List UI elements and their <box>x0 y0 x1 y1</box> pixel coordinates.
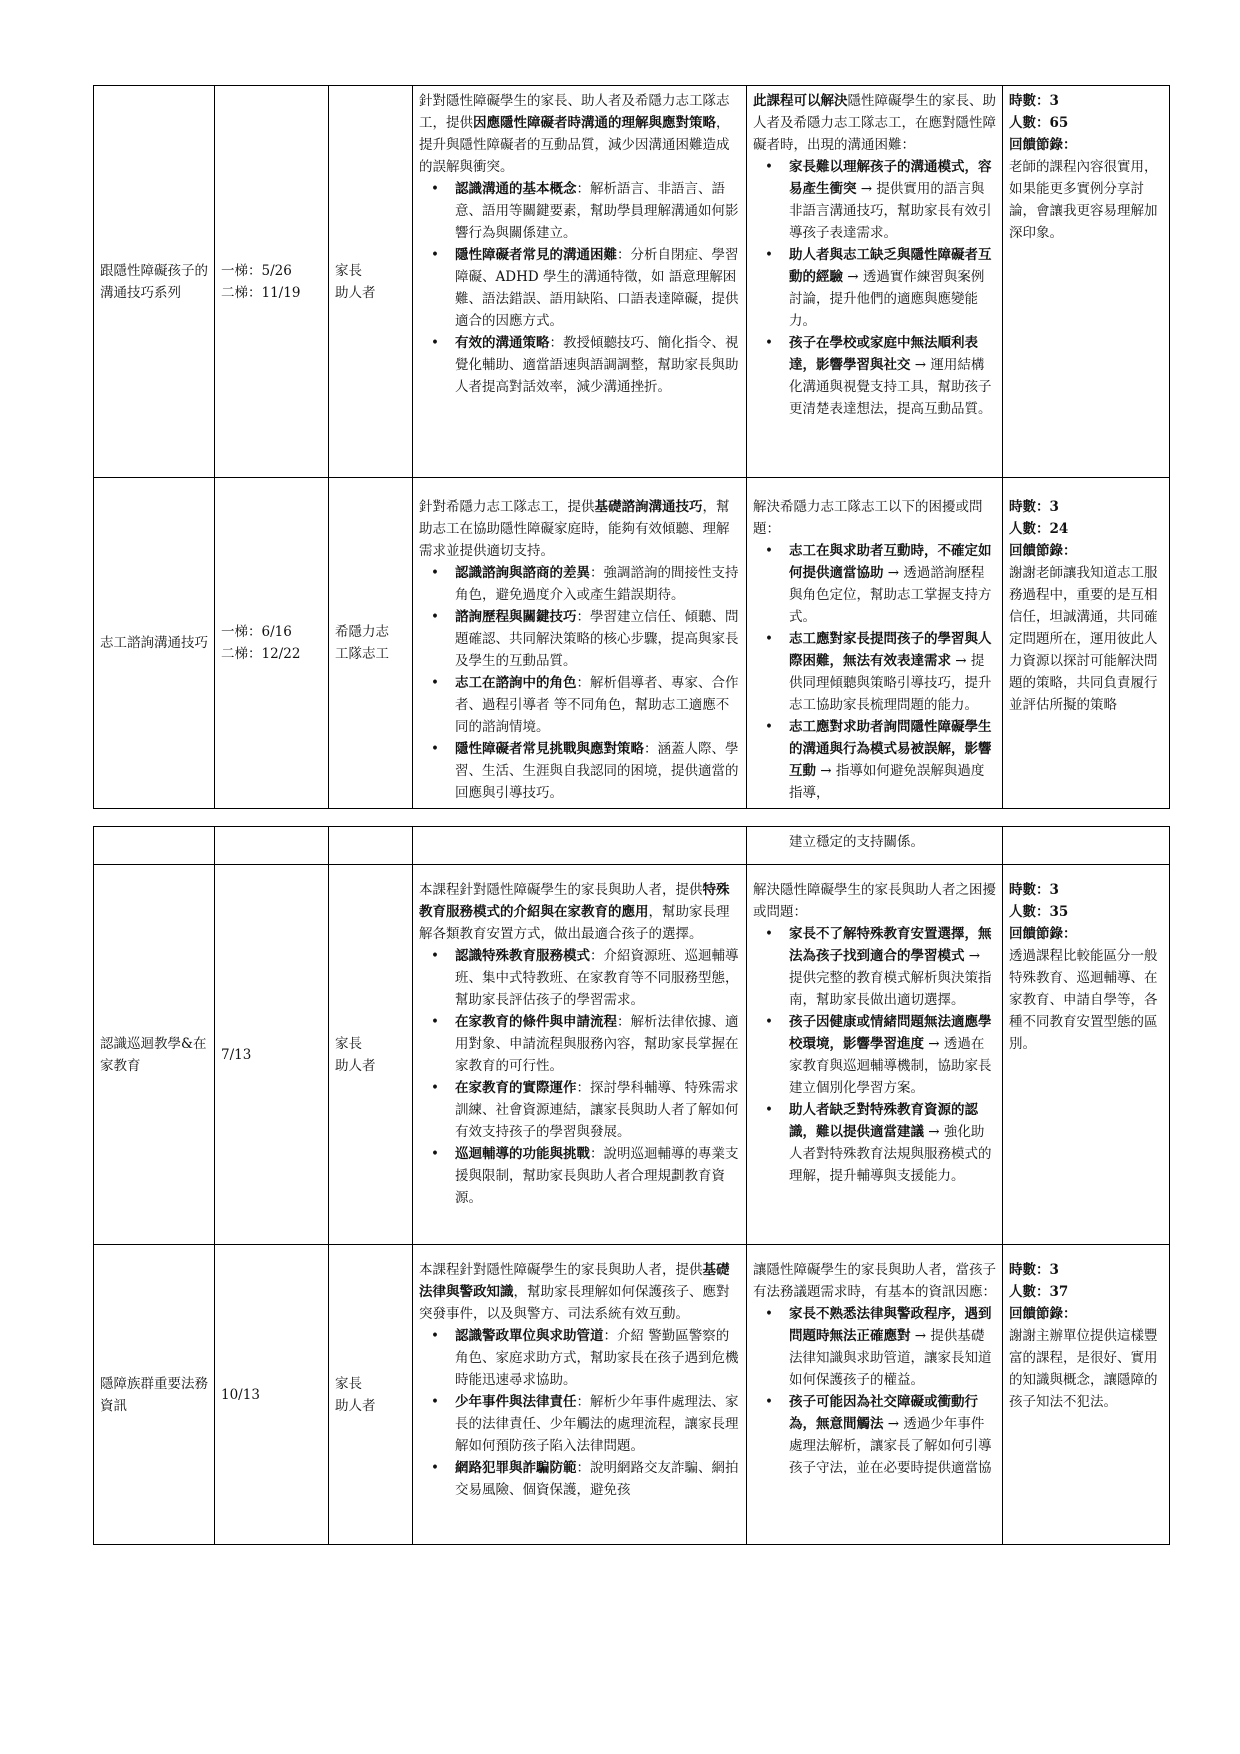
content-intro: 針對希隱力志工隊志工，提供基礎諮詢溝通技巧，幫助志工在協助隱性障礙家庭時，能夠有… <box>419 496 740 562</box>
audience-cell: 家長 助人者 <box>329 1245 413 1545</box>
hours-stat: 時數：3 <box>1009 1259 1163 1281</box>
feedback-text: 透過課程比較能區分一般特殊教育、巡迴輔導、在家教育、申請自學等，各種不同教育安置… <box>1009 945 1163 1055</box>
audience-line: 家長 <box>335 1373 406 1395</box>
solves-intro: 解決希隱力志工隊志工以下的困擾或問題： <box>753 496 996 540</box>
item-heading: 在家教育的實際運作 <box>455 1080 577 1096</box>
intro-highlight: 因應隱性障礙者時溝通的理解與應對策略 <box>473 115 716 131</box>
audience-cell: 家長 助人者 <box>329 865 413 1245</box>
item-heading: 有效的溝通策略 <box>455 335 550 351</box>
content-cell: 針對希隱力志工隊志工，提供基礎諮詢溝通技巧，幫助志工在協助隱性障礙家庭時，能夠有… <box>413 478 747 809</box>
feedback-label: 回饋節錄： <box>1009 540 1163 562</box>
list-item: 隱性障礙者常見挑戰與應對策略：涵蓋人際、學習、生活、生涯與自我認同的困境，提供適… <box>455 738 740 804</box>
list-item: 在家教育的實際運作：探討學科輔導、特殊需求訓練、社會資源連結，讓家長與助人者了解… <box>455 1077 740 1143</box>
course-title: 跟隱性障礙孩子的溝通技巧系列 <box>100 263 208 301</box>
audience-cell: 希隱力志 工隊志工 <box>329 478 413 809</box>
course-title-cell: 隱障族群重要法務資訊 <box>94 1245 215 1545</box>
stats-cell: 時數：3 人數：35 回饋節錄： 透過課程比較能區分一般特殊教育、巡迴輔導、在家… <box>1003 865 1170 1245</box>
intro-text: 本課程針對隱性障礙學生的家長與助人者，提供 <box>419 882 703 898</box>
solves-text: 解決隱性障礙學生的家長與助人者之困擾或問題： <box>753 882 996 920</box>
course-title: 認識巡迴教學&在家教育 <box>100 1036 207 1074</box>
list-item: 志工應對家長提問孩子的學習與人際困難，無法有效表達需求 → 提供同理傾聽與策略引… <box>789 628 996 716</box>
empty-cell <box>1003 827 1170 865</box>
list-item: 助人者缺乏對特殊教育資源的認識，難以提供適當建議 → 強化助人者對特殊教育法規與… <box>789 1099 996 1187</box>
solves-text: 解決希隱力志工隊志工以下的困擾或問題： <box>753 499 983 537</box>
audience-line: 助人者 <box>335 1395 406 1417</box>
item-text: → 指導如何避免誤解與過度指導， <box>789 763 984 801</box>
list-item: 家長難以理解孩子的溝通模式，容易產生衝突 → 提供實用的語言與非語言溝通技巧，幫… <box>789 156 996 244</box>
solves-list: 家長不熟悉法律與警政程序，遇到問題時無法正確應對 → 提供基礎法律知識與求助管道… <box>753 1303 996 1479</box>
content-cell: 本課程針對隱性障礙學生的家長與助人者，提供特殊教育服務模式的介紹與在家教育的應用… <box>413 865 747 1245</box>
course-table-page-part-2: 建立穩定的支持關係。 認識巡迴教學&在家教育 7/13 家長 助人者 本課程針對… <box>93 826 1170 1545</box>
list-item: 認識溝通的基本概念：解析語言、非語言、語意、語用等關鍵要素，幫助學員理解溝通如何… <box>455 178 740 244</box>
list-item: 認識特殊教育服務模式：介紹資源班、巡迴輔導班、集中式特教班、在家教育等不同服務型… <box>455 945 740 1011</box>
content-cell: 本課程針對隱性障礙學生的家長與助人者，提供基礎法律與警政知識，幫助家長理解如何保… <box>413 1245 747 1545</box>
content-intro: 本課程針對隱性障礙學生的家長與助人者，提供基礎法律與警政知識，幫助家長理解如何保… <box>419 1259 740 1325</box>
item-heading: 諮詢歷程與關鍵技巧 <box>455 609 577 625</box>
item-heading: 巡迴輔導的功能與挑戰 <box>455 1146 590 1162</box>
empty-cell <box>94 827 215 865</box>
course-title-cell: 認識巡迴教學&在家教育 <box>94 865 215 1245</box>
solves-list: 家長難以理解孩子的溝通模式，容易產生衝突 → 提供實用的語言與非語言溝通技巧，幫… <box>753 156 996 420</box>
item-heading: 在家教育的條件與申請流程 <box>455 1014 617 1030</box>
item-heading: 認識諮詢與諮商的差異 <box>455 565 590 581</box>
item-heading: 認識溝通的基本概念 <box>455 181 577 197</box>
item-heading: 網路犯罪與詐騙防範 <box>455 1460 577 1476</box>
stats-cell: 時數：3 人數：65 回饋節錄： 老師的課程內容很實用，如果能更多實例分享討論，… <box>1003 86 1170 478</box>
list-item: 孩子可能因為社交障礙或衝動行為，無意間觸法 → 透過少年事件處理法解析，讓家長了… <box>789 1391 996 1479</box>
table-row: 隱障族群重要法務資訊 10/13 家長 助人者 本課程針對隱性障礙學生的家長與助… <box>94 1245 1170 1545</box>
intro-text: 針對希隱力志工隊志工，提供 <box>419 499 595 515</box>
course-title-cell: 志工諮詢溝通技巧 <box>94 478 215 809</box>
list-item: 志工應對求助者詢問隱性障礙學生的溝通與行為模式易被誤解，影響互動 → 指導如何避… <box>789 716 996 804</box>
content-intro: 針對隱性障礙學生的家長、助人者及希隱力志工隊志工，提供因應隱性障礙者時溝通的理解… <box>419 90 740 178</box>
date-line: 7/13 <box>221 1044 322 1066</box>
intro-highlight: 基礎諮詢溝通技巧 <box>595 499 703 515</box>
stats-cell: 時數：3 人數：24 回饋節錄： 謝謝老師讓我知道志工服務過程中，重要的是互相信… <box>1003 478 1170 809</box>
item-heading: 隱性障礙者常見的溝通困難 <box>455 247 617 263</box>
list-item: 在家教育的條件與申請流程：解析法律依據、適用對象、申請流程與服務內容，幫助家長掌… <box>455 1011 740 1077</box>
feedback-text: 謝謝老師讓我知道志工服務過程中，重要的是互相信任，坦誠溝通，共同確定問題所在，運… <box>1009 562 1163 716</box>
stats-cell: 時數：3 人數：37 回饋節錄： 謝謝主辦單位提供這樣豐富的課程，是很好、實用的… <box>1003 1245 1170 1545</box>
solves-intro: 解決隱性障礙學生的家長與助人者之困擾或問題： <box>753 879 996 923</box>
solves-cell: 此課程可以解決隱性障礙學生的家長、助人者及希隱力志工隊志工，在應對隱性障礙者時，… <box>747 86 1003 478</box>
course-table-page-part-1: 跟隱性障礙孩子的溝通技巧系列 一梯：5/26 二梯：11/19 家長 助人者 針… <box>93 85 1170 809</box>
item-heading: 認識警政單位與求助管道 <box>455 1328 604 1344</box>
feedback-text: 謝謝主辦單位提供這樣豐富的課程，是很好、實用的知識與概念，讓隱障的孩子知法不犯法… <box>1009 1325 1163 1413</box>
item-heading: 少年事件與法律責任 <box>455 1394 577 1410</box>
content-list: 認識警政單位與求助管道：介紹 警勤區警察的角色、家庭求助方式，幫助家長在孩子遇到… <box>419 1325 740 1501</box>
date-cell: 10/13 <box>215 1245 329 1545</box>
empty-cell <box>215 827 329 865</box>
list-item: 志工在諮詢中的角色：解析倡導者、專家、合作者、過程引導者 等不同角色，幫助志工適… <box>455 672 740 738</box>
date-cell: 一梯：5/26 二梯：11/19 <box>215 86 329 478</box>
date-line: 二梯：12/22 <box>221 643 322 665</box>
continuation-row: 建立穩定的支持關係。 <box>94 827 1170 865</box>
solves-list: 志工在與求助者互動時，不確定如何提供適當協助 → 透過諮詢歷程與角色定位，幫助志… <box>753 540 996 804</box>
list-item: 網路犯罪與詐騙防範：說明網路交友詐騙、網拍交易風險、個資保護，避免孩 <box>455 1457 740 1501</box>
audience-line: 助人者 <box>335 1055 406 1077</box>
feedback-label: 回饋節錄： <box>1009 1303 1163 1325</box>
list-item: 家長不熟悉法律與警政程序，遇到問題時無法正確應對 → 提供基礎法律知識與求助管道… <box>789 1303 996 1391</box>
solves-cell: 解決希隱力志工隊志工以下的困擾或問題： 志工在與求助者互動時，不確定如何提供適當… <box>747 478 1003 809</box>
table-row: 認識巡迴教學&在家教育 7/13 家長 助人者 本課程針對隱性障礙學生的家長與助… <box>94 865 1170 1245</box>
table-row: 志工諮詢溝通技巧 一梯：6/16 二梯：12/22 希隱力志 工隊志工 針對希隱… <box>94 478 1170 809</box>
audience-line: 家長 <box>335 260 406 282</box>
list-item: 認識諮詢與諮商的差異：強調諮詢的間接性支持角色，避免過度介入或產生錯誤期待。 <box>455 562 740 606</box>
audience-line: 助人者 <box>335 282 406 304</box>
feedback-label: 回饋節錄： <box>1009 134 1163 156</box>
list-item: 家長不了解特殊教育安置選擇，無法為孩子找到適合的學習模式 → 提供完整的教育模式… <box>789 923 996 1011</box>
date-cell: 7/13 <box>215 865 329 1245</box>
date-line: 一梯：5/26 <box>221 260 322 282</box>
solves-highlight: 此課程可以解決 <box>753 93 848 109</box>
list-item: 認識警政單位與求助管道：介紹 警勤區警察的角色、家庭求助方式，幫助家長在孩子遇到… <box>455 1325 740 1391</box>
continuation-text: 建立穩定的支持關係。 <box>789 834 924 850</box>
hours-stat: 時數：3 <box>1009 90 1163 112</box>
audience-line: 希隱力志 <box>335 621 406 643</box>
table-row: 跟隱性障礙孩子的溝通技巧系列 一梯：5/26 二梯：11/19 家長 助人者 針… <box>94 86 1170 478</box>
list-item: 有效的溝通策略：教授傾聽技巧、簡化指令、視覺化輔助、適當語速與語調調整，幫助家長… <box>455 332 740 398</box>
list-item: 孩子因健康或情緒問題無法適應學校環境，影響學習進度 → 透過在家教育與巡迴輔導機… <box>789 1011 996 1099</box>
course-title: 志工諮詢溝通技巧 <box>100 635 208 651</box>
item-heading: 家長不了解特殊教育安置選擇，無法為孩子找到適合的學習模式 <box>789 926 992 964</box>
people-stat: 人數：37 <box>1009 1281 1163 1303</box>
content-list: 認識溝通的基本概念：解析語言、非語言、語意、語用等關鍵要素，幫助學員理解溝通如何… <box>419 178 740 398</box>
hours-stat: 時數：3 <box>1009 496 1163 518</box>
people-stat: 人數：65 <box>1009 112 1163 134</box>
empty-cell <box>329 827 413 865</box>
content-list: 認識諮詢與諮商的差異：強調諮詢的間接性支持角色，避免過度介入或產生錯誤期待。 諮… <box>419 562 740 804</box>
date-line: 一梯：6/16 <box>221 621 322 643</box>
list-item: 巡迴輔導的功能與挑戰：說明巡迴輔導的專業支援與限制，幫助家長與助人者合理規劃教育… <box>455 1143 740 1209</box>
hours-stat: 時數：3 <box>1009 879 1163 901</box>
solves-intro: 讓隱性障礙學生的家長與助人者，當孩子有法務議題需求時，有基本的資訊因應： <box>753 1259 996 1303</box>
course-title-cell: 跟隱性障礙孩子的溝通技巧系列 <box>94 86 215 478</box>
list-item: 諮詢歷程與關鍵技巧：學習建立信任、傾聽、問題確認、共同解決策略的核心步驟，提高與… <box>455 606 740 672</box>
solves-list: 家長不了解特殊教育安置選擇，無法為孩子找到適合的學習模式 → 提供完整的教育模式… <box>753 923 996 1187</box>
solves-text: 讓隱性障礙學生的家長與助人者，當孩子有法務議題需求時，有基本的資訊因應： <box>753 1262 996 1300</box>
people-stat: 人數：35 <box>1009 901 1163 923</box>
list-item: 志工在與求助者互動時，不確定如何提供適當協助 → 透過諮詢歷程與角色定位，幫助志… <box>789 540 996 628</box>
item-heading: 志工在諮詢中的角色 <box>455 675 577 691</box>
list-item: 孩子在學校或家庭中無法順利表達，影響學習與社交 → 運用結構化溝通與視覺支持工具… <box>789 332 996 420</box>
continuation-cell: 建立穩定的支持關係。 <box>747 827 1003 865</box>
solves-intro: 此課程可以解決隱性障礙學生的家長、助人者及希隱力志工隊志工，在應對隱性障礙者時，… <box>753 90 996 156</box>
content-intro: 本課程針對隱性障礙學生的家長與助人者，提供特殊教育服務模式的介紹與在家教育的應用… <box>419 879 740 945</box>
date-line: 10/13 <box>221 1384 322 1406</box>
item-heading: 隱性障礙者常見挑戰與應對策略 <box>455 741 644 757</box>
feedback-label: 回饋節錄： <box>1009 923 1163 945</box>
intro-text: 本課程針對隱性障礙學生的家長與助人者，提供 <box>419 1262 703 1278</box>
audience-line: 家長 <box>335 1033 406 1055</box>
list-item: 隱性障礙者常見的溝通困難：分析自閉症、學習障礙、ADHD 學生的溝通特徵，如 語… <box>455 244 740 332</box>
feedback-text: 老師的課程內容很實用，如果能更多實例分享討論，會讓我更容易理解加深印象。 <box>1009 156 1163 244</box>
item-heading: 認識特殊教育服務模式 <box>455 948 590 964</box>
list-item: 少年事件與法律責任：解析少年事件處理法、家長的法律責任、少年觸法的處理流程，讓家… <box>455 1391 740 1457</box>
people-stat: 人數：24 <box>1009 518 1163 540</box>
solves-cell: 讓隱性障礙學生的家長與助人者，當孩子有法務議題需求時，有基本的資訊因應： 家長不… <box>747 1245 1003 1545</box>
empty-cell <box>413 827 747 865</box>
content-list: 認識特殊教育服務模式：介紹資源班、巡迴輔導班、集中式特教班、在家教育等不同服務型… <box>419 945 740 1209</box>
date-cell: 一梯：6/16 二梯：12/22 <box>215 478 329 809</box>
list-item: 助人者與志工缺乏與隱性障礙者互動的經驗 → 透過實作練習與案例討論，提升他們的適… <box>789 244 996 332</box>
date-line: 二梯：11/19 <box>221 282 322 304</box>
solves-cell: 解決隱性障礙學生的家長與助人者之困擾或問題： 家長不了解特殊教育安置選擇，無法為… <box>747 865 1003 1245</box>
audience-line: 工隊志工 <box>335 643 406 665</box>
content-cell: 針對隱性障礙學生的家長、助人者及希隱力志工隊志工，提供因應隱性障礙者時溝通的理解… <box>413 86 747 478</box>
course-title: 隱障族群重要法務資訊 <box>100 1376 208 1414</box>
audience-cell: 家長 助人者 <box>329 86 413 478</box>
